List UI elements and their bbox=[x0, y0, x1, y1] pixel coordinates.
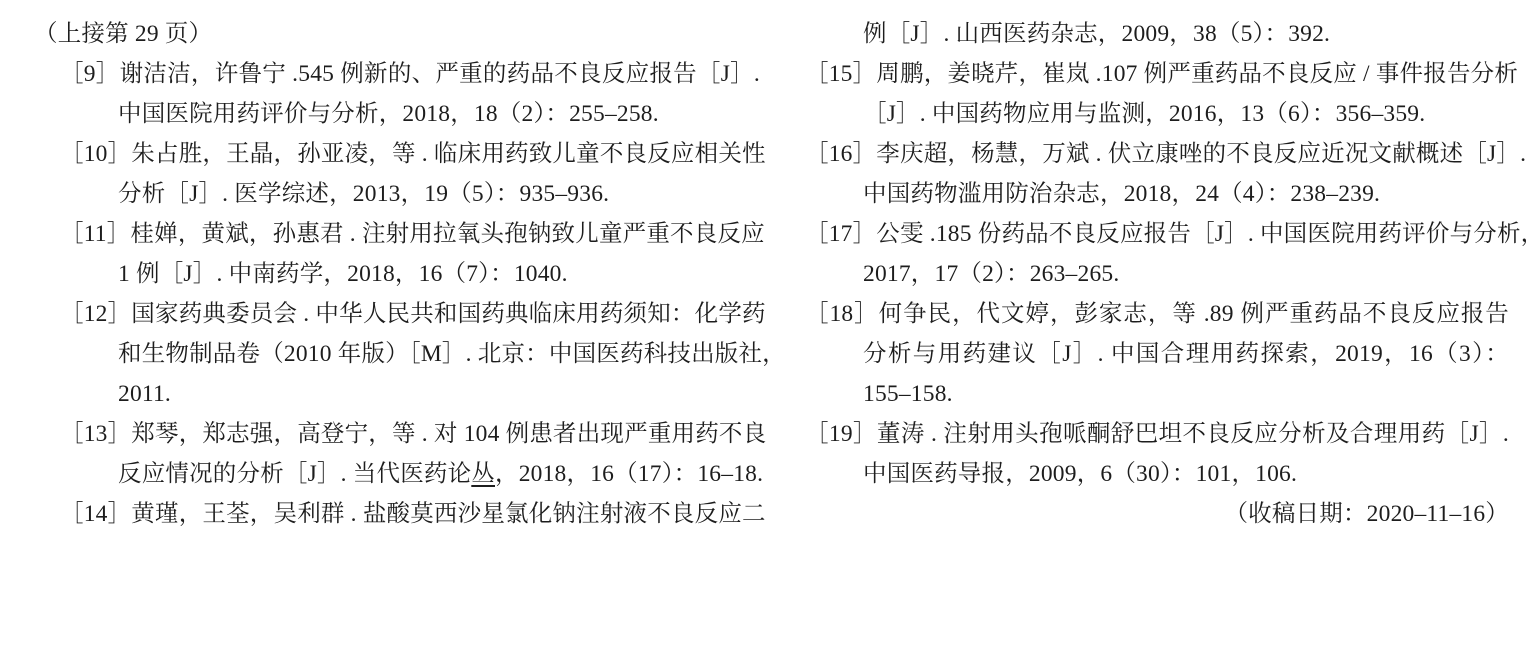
ref-12-line-2: 和生物制品卷（2010 年版）［M］. 北京：中国医药科技出版社， bbox=[60, 334, 760, 374]
ref-16-line-2: 中国药物滥用防治杂志，2018，24（4）：238–239. bbox=[805, 174, 1509, 214]
text-segment: ［12］国家药典委员会 . 中华人民共和国药典临床用药须知：化学药 bbox=[60, 301, 766, 327]
ref-11-line-1: ［11］桂婵，黄斌，孙惠君 . 注射用拉氧头孢钠致儿童严重不良反应 bbox=[60, 214, 760, 254]
text-segment: ［14］黄瑾，王荃，吴利群 . 盐酸莫西沙星氯化钠注射液不良反应二 bbox=[60, 501, 766, 527]
underlined-text: 丛 bbox=[471, 461, 495, 487]
text-segment: ［11］桂婵，黄斌，孙惠君 . 注射用拉氧头孢钠致儿童严重不良反应 bbox=[60, 221, 765, 247]
text-segment: （上接第 29 页） bbox=[34, 21, 212, 47]
text-segment: 155–158. bbox=[863, 381, 953, 407]
text-segment: 中国医院用药评价与分析，2018，18（2）：255–258. bbox=[118, 101, 659, 127]
ref-19-line-1: ［19］董涛 . 注射用头孢哌酮舒巴坦不良反应分析及合理用药［J］. bbox=[805, 414, 1509, 454]
text-segment: 中国药物滥用防治杂志，2018，24（4）：238–239. bbox=[863, 181, 1380, 207]
references-left-column: （上接第 29 页）［9］谢洁洁，许鲁宁 .545 例新的、严重的药品不良反应报… bbox=[60, 14, 760, 534]
text-segment: ［9］谢洁洁，许鲁宁 .545 例新的、严重的药品不良反应报告［J］. bbox=[60, 61, 760, 87]
text-segment: 例［J］. 山西医药杂志，2009，38（5）：392. bbox=[863, 21, 1330, 47]
ref-18-line-2: 分析与用药建议［J］. 中国合理用药探索，2019，16（3）： bbox=[805, 334, 1509, 374]
text-segment: ［13］郑琴，郑志强，高登宁，等 . 对 104 例患者出现严重用药不良 bbox=[60, 421, 766, 447]
ref-13-line-2: 反应情况的分析［J］. 当代医药论丛，2018，16（17）：16–18. bbox=[60, 454, 760, 494]
ref-12-line-1: ［12］国家药典委员会 . 中华人民共和国药典临床用药须知：化学药 bbox=[60, 294, 760, 334]
ref-10-line-1: ［10］朱占胜，王晶，孙亚凌，等 . 临床用药致儿童不良反应相关性 bbox=[60, 134, 760, 174]
text-segment: 2011. bbox=[118, 381, 171, 407]
ref-17-line-2: 2017，17（2）：263–265. bbox=[805, 254, 1509, 294]
ref-11-line-2: 1 例［J］. 中南药学，2018，16（7）：1040. bbox=[60, 254, 760, 294]
text-segment: ，2018，16（17）：16–18. bbox=[495, 461, 763, 487]
ref-19-line-2: 中国医药导报，2009，6（30）：101，106. bbox=[805, 454, 1509, 494]
text-segment: 反应情况的分析［J］. 当代医药论 bbox=[118, 461, 471, 487]
ref-12-line-3: 2011. bbox=[60, 374, 760, 414]
ref-18-line-3: 155–158. bbox=[805, 374, 1509, 414]
received-date-note: （收稿日期：2020–11–16） bbox=[805, 494, 1509, 534]
text-segment: ［15］周鹏，姜晓芹，崔岚 .107 例严重药品不良反应 / 事件报告分析 bbox=[805, 61, 1518, 87]
text-segment: 1 例［J］. 中南药学，2018，16（7）：1040. bbox=[118, 261, 568, 287]
references-page: （上接第 29 页）［9］谢洁洁，许鲁宁 .545 例新的、严重的药品不良反应报… bbox=[0, 0, 1539, 534]
text-segment: （收稿日期：2020–11–16） bbox=[1224, 501, 1509, 527]
text-segment: 分析与用药建议［J］. 中国合理用药探索，2019，16（3）： bbox=[863, 341, 1509, 367]
ref-14-line-1: ［14］黄瑾，王荃，吴利群 . 盐酸莫西沙星氯化钠注射液不良反应二 bbox=[60, 494, 760, 534]
text-segment: ［16］李庆超，杨慧，万斌 . 伏立康唑的不良反应近况文献概述［J］. bbox=[805, 141, 1526, 167]
text-segment: 分析［J］. 医学综述，2013，19（5）：935–936. bbox=[118, 181, 609, 207]
ref-15-line-2: ［J］. 中国药物应用与监测，2016，13（6）：356–359. bbox=[805, 94, 1509, 134]
text-segment: ［18］何争民，代文婷，彭家志，等 .89 例严重药品不良反应报告 bbox=[805, 301, 1509, 327]
ref-9-line-2: 中国医院用药评价与分析，2018，18（2）：255–258. bbox=[60, 94, 760, 134]
text-segment: ［10］朱占胜，王晶，孙亚凌，等 . 临床用药致儿童不良反应相关性 bbox=[60, 141, 766, 167]
text-segment: ［17］公雯 .185 份药品不良反应报告［J］. 中国医院用药评价与分析， bbox=[805, 221, 1539, 247]
continued-from-note: （上接第 29 页） bbox=[34, 14, 760, 54]
text-segment: ［J］. 中国药物应用与监测，2016，13（6）：356–359. bbox=[863, 101, 1425, 127]
ref-15-line-1: ［15］周鹏，姜晓芹，崔岚 .107 例严重药品不良反应 / 事件报告分析 bbox=[805, 54, 1509, 94]
ref-10-line-2: 分析［J］. 医学综述，2013，19（5）：935–936. bbox=[60, 174, 760, 214]
text-segment: 2017，17（2）：263–265. bbox=[863, 261, 1119, 287]
ref-16-line-1: ［16］李庆超，杨慧，万斌 . 伏立康唑的不良反应近况文献概述［J］. bbox=[805, 134, 1509, 174]
references-right-column: 例［J］. 山西医药杂志，2009，38（5）：392.［15］周鹏，姜晓芹，崔… bbox=[805, 14, 1509, 534]
ref-17-line-1: ［17］公雯 .185 份药品不良反应报告［J］. 中国医院用药评价与分析， bbox=[805, 214, 1509, 254]
ref-9-line-1: ［9］谢洁洁，许鲁宁 .545 例新的、严重的药品不良反应报告［J］. bbox=[60, 54, 760, 94]
ref-18-line-1: ［18］何争民，代文婷，彭家志，等 .89 例严重药品不良反应报告 bbox=[805, 294, 1509, 334]
ref-14-line-2: 例［J］. 山西医药杂志，2009，38（5）：392. bbox=[805, 14, 1509, 54]
ref-13-line-1: ［13］郑琴，郑志强，高登宁，等 . 对 104 例患者出现严重用药不良 bbox=[60, 414, 760, 454]
text-segment: 中国医药导报，2009，6（30）：101，106. bbox=[863, 461, 1297, 487]
text-segment: ［19］董涛 . 注射用头孢哌酮舒巴坦不良反应分析及合理用药［J］. bbox=[805, 421, 1509, 447]
text-segment: 和生物制品卷（2010 年版）［M］. 北京：中国医药科技出版社， bbox=[118, 341, 786, 367]
